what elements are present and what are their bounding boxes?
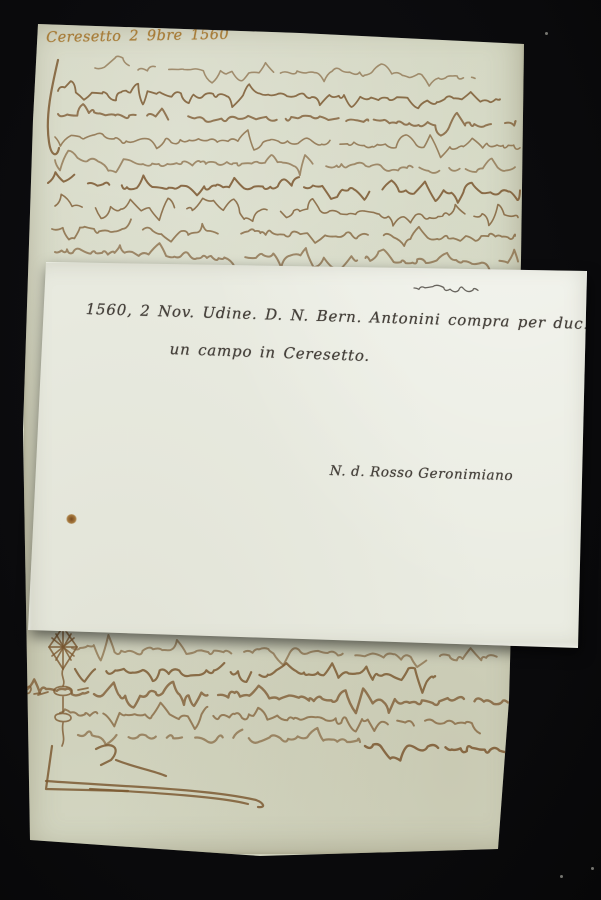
note-ink-strokes: [0, 0, 601, 900]
archival-scribble: [414, 285, 478, 292]
photo-stage: Ceresetto 2 9bre 1560 1560, 2 Nov. Udine…: [0, 0, 601, 900]
foxing-spot: [66, 514, 77, 524]
note-page: 1560, 2 Nov. Udine. D. N. Bern. Antonini…: [0, 0, 601, 900]
note-leaf-shadow-wrapper: 1560, 2 Nov. Udine. D. N. Bern. Antonini…: [0, 0, 601, 900]
